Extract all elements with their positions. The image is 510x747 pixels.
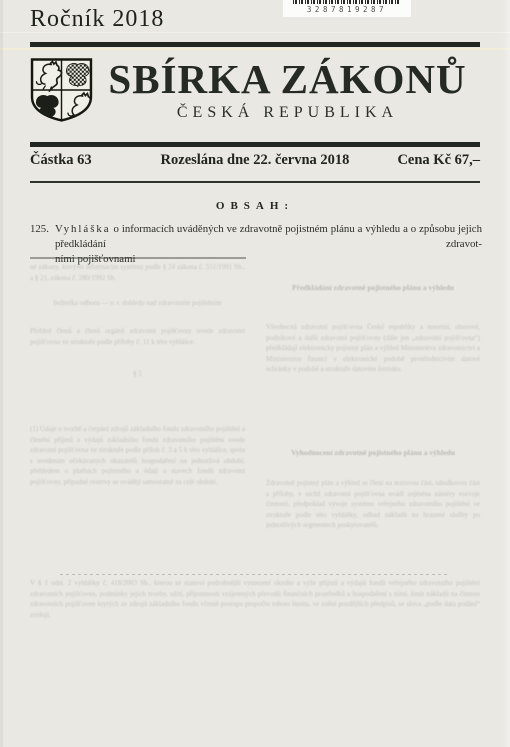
czech-coat-of-arms [30, 57, 93, 123]
toc-item-number: 125. [30, 222, 55, 267]
ghost-text-left-section: § 5 [30, 369, 245, 381]
toc-item-line1: o informacích uváděných ve zdravotně poj… [55, 223, 482, 250]
ghost-text-right-para2: Zdravotně pojistný plán a výhled se člen… [266, 478, 480, 552]
scan-edge-shadow [0, 0, 3, 747]
masthead-top-rule [30, 42, 480, 47]
ghost-text-left-para2: (1) Údaje o tvorbě a čerpání zdrojů zákl… [30, 424, 245, 536]
toc-item-125: 125. Vyhláška o informacích uváděných ve… [30, 222, 482, 267]
ghost-text-right-heading1: Předkládání zdravotně pojistného plánu a… [266, 283, 480, 307]
barcode: 3287819287 [283, 0, 411, 17]
gazette-subtitle: ČESKÁ REPUBLIKA [95, 104, 480, 122]
ghost-text-bottom: V § 1 odst. 2 vyhlášky č. 418/2003 Sb., … [30, 578, 480, 621]
gazette-page: Ročník 2018 3287819287 [0, 0, 510, 747]
ghost-text-left-para1: Přehled členů a členů orgánů zdravotní p… [30, 326, 245, 358]
ghost-text-right-heading2: Vyhodnocení zdravotně pojistného plánu a… [266, 448, 480, 472]
issue-bar-bottom-rule [30, 181, 480, 183]
issue-bar-top-rule [30, 142, 480, 147]
toc-item-text: Vyhláška o informacích uváděných ve zdra… [55, 222, 482, 267]
toc-item-lead-word: Vyhláška [55, 223, 111, 235]
ghost-text-right-para1: Všeobecná zdravotní pojišťovna České rep… [266, 322, 480, 396]
ghost-text-left-signature: ředitelka odboru — v. r. dohledu nad zdr… [30, 298, 245, 319]
masthead: SBÍRKA ZÁKONŮ ČESKÁ REPUBLIKA [95, 56, 480, 122]
gazette-title: SBÍRKA ZÁKONŮ [95, 56, 480, 102]
ghost-dotted-rule [60, 574, 450, 575]
issue-number: Částka 63 [30, 152, 92, 169]
scan-edge-highlight [502, 0, 510, 747]
volume-year-label: Ročník 2018 [30, 6, 164, 33]
barcode-number: 3287819287 [283, 4, 411, 15]
issue-info-bar: Rozeslána dne 22. června 2018 Částka 63 … [30, 152, 480, 169]
price-label: Cena Kč 67,– [397, 152, 480, 169]
contents-heading: OBSAH: [30, 200, 480, 212]
toc-item-line2: ními pojišťovnami [55, 252, 482, 267]
scan-crease-line [0, 48, 510, 50]
